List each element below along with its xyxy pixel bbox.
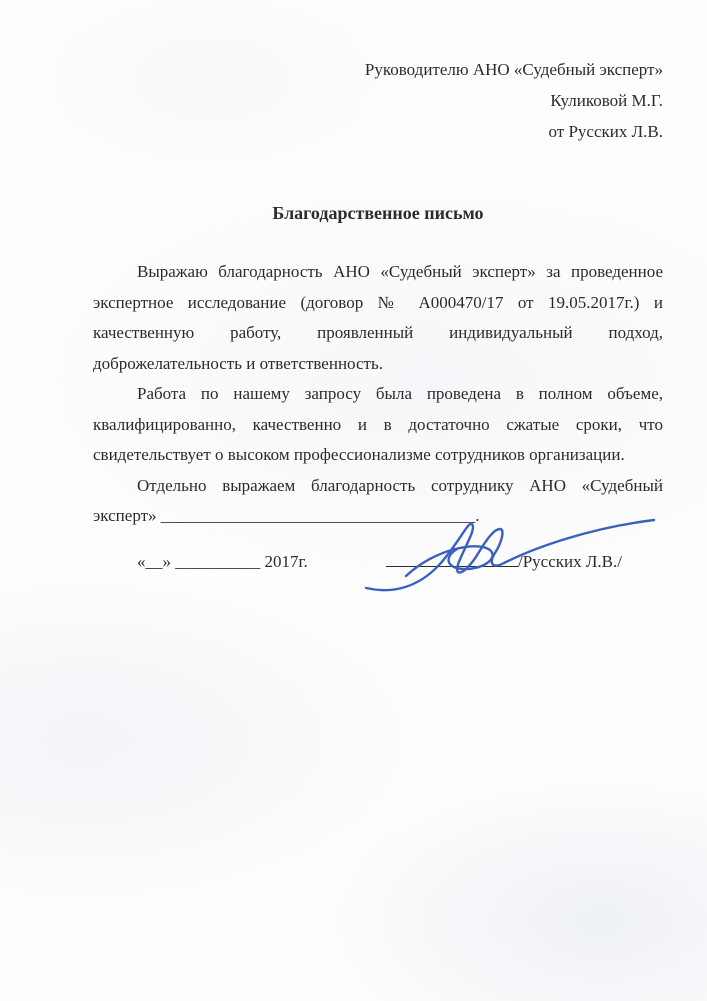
body-line: экспертное исследование (договор № А0004… — [93, 288, 663, 319]
recipient-block: Руководителю АНО «Судебный эксперт» Кули… — [93, 54, 663, 147]
body-line: Работа по нашему запросу была проведена … — [93, 379, 663, 410]
body-line: Выражаю благодарность АНО «Судебный эксп… — [93, 257, 663, 288]
body-line: Отдельно выражаем благодарность сотрудни… — [93, 471, 663, 502]
body-line-blank-underline: эксперт» _______________________________… — [93, 501, 663, 532]
body-line: качественную работу, проявленный индивид… — [93, 318, 663, 349]
letter-title: Благодарственное письмо — [93, 198, 663, 229]
body-line: доброжелательность и ответственность. — [93, 349, 663, 380]
signature-section: «__» __________ 2017г. /Русских Л.В./ — [93, 546, 663, 608]
sender-line: от Русских Л.В. — [93, 116, 663, 147]
body-line: свидетельствует о высоком профессионализ… — [93, 440, 663, 471]
recipient-line: Руководителю АНО «Судебный эксперт» — [93, 54, 663, 85]
scanned-letter-page: Руководителю АНО «Судебный эксперт» Кули… — [0, 0, 707, 1001]
signature-underline — [386, 546, 518, 567]
body-line: квалифицированно, качественно и в достат… — [93, 410, 663, 441]
signature-name: /Русских Л.В./ — [518, 552, 622, 571]
letter-body: Выражаю благодарность АНО «Судебный эксп… — [93, 257, 663, 532]
signature-block: /Русских Л.В./ — [386, 546, 622, 577]
recipient-name-line: Куликовой М.Г. — [93, 85, 663, 116]
letter-content: Руководителю АНО «Судебный эксперт» Кули… — [93, 54, 663, 608]
